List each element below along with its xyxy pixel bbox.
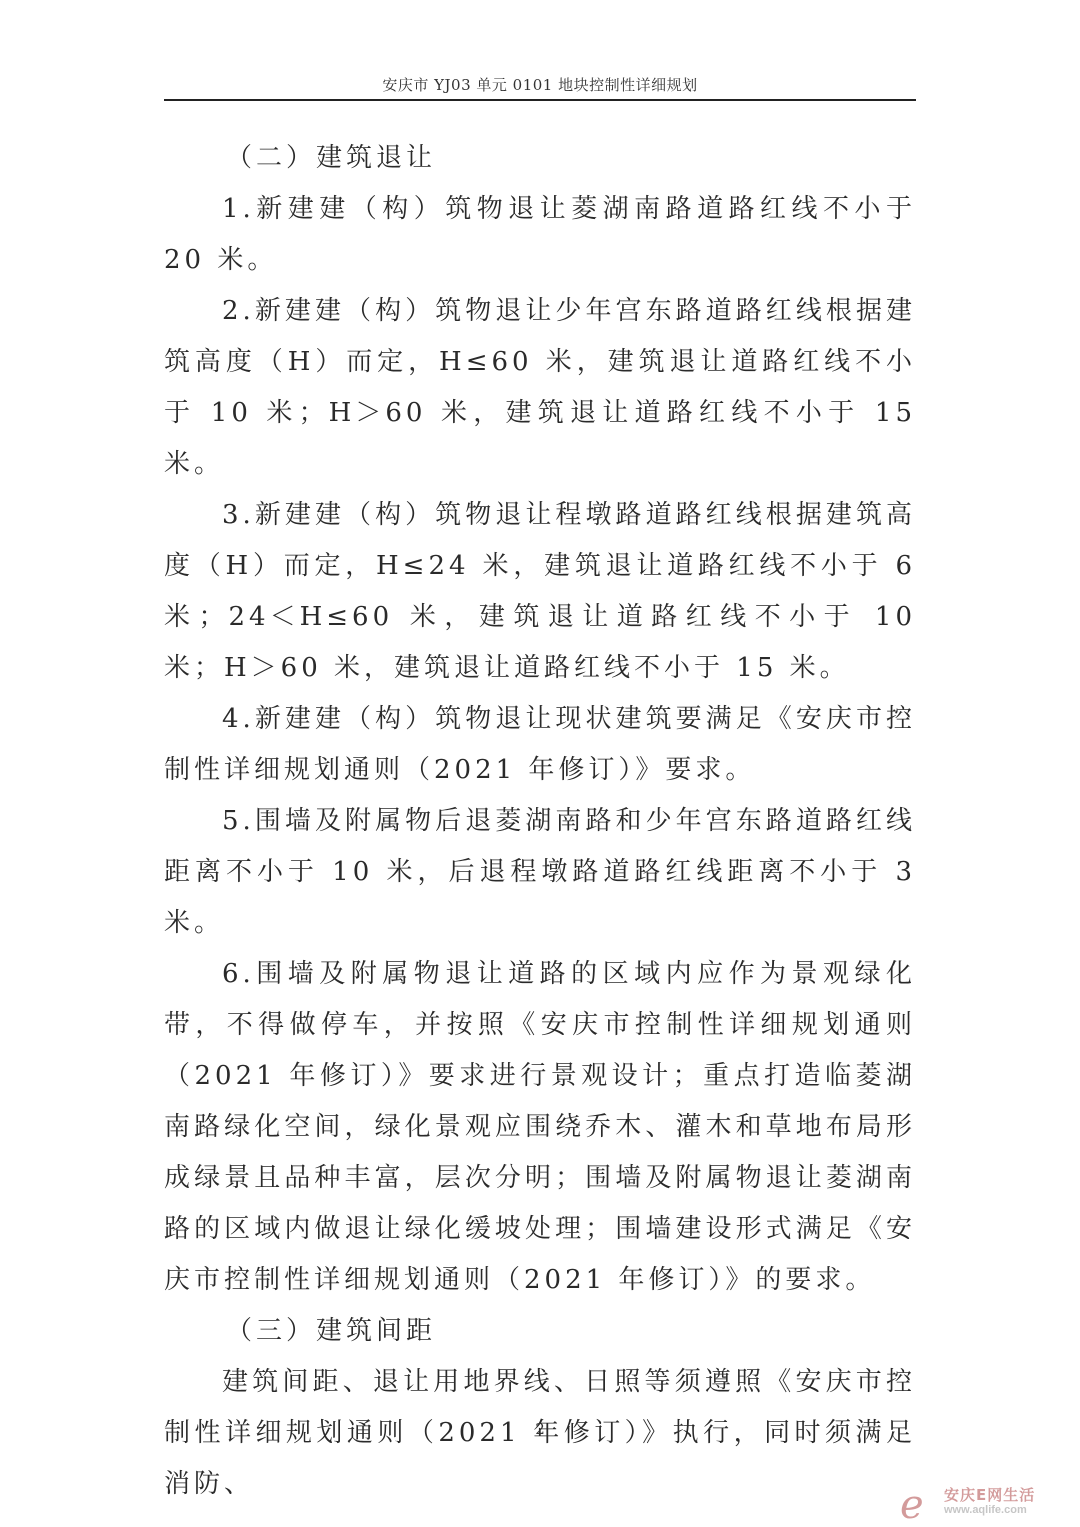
watermark-name: 安庆E网生活 — [944, 1484, 1035, 1505]
watermark-url: www.aqlife.com — [944, 1504, 1027, 1516]
section-heading-setback: （二）建筑退让 — [164, 133, 916, 184]
paragraph-item-2: 2.新建建（构）筑物退让少年宫东路道路红线根据建筑高度（H）而定，H≤60 米，… — [164, 286, 916, 490]
section-heading-spacing: （三）建筑间距 — [164, 1306, 916, 1357]
paragraph-item-4: 4.新建建（构）筑物退让现状建筑要满足《安庆市控制性详细规划通则（2021 年修… — [164, 694, 916, 796]
paragraph-item-5: 5.围墙及附属物后退菱湖南路和少年宫东路道路红线距离不小于 10 米，后退程墩路… — [164, 796, 916, 949]
document-body: （二）建筑退让 1.新建建（构）筑物退让菱湖南路道路红线不小于 20 米。 2.… — [164, 133, 916, 1510]
watermark-logo: e 安庆E网生活 www.aqlife.com — [900, 1478, 1070, 1522]
header-rule — [164, 99, 916, 101]
watermark-e-icon: e — [900, 1482, 924, 1527]
paragraph-item-3: 3.新建建（构）筑物退让程墩路道路红线根据建筑高度（H）而定，H≤24 米，建筑… — [164, 490, 916, 694]
page-number: 2 — [0, 1420, 1080, 1438]
running-header: 安庆市 YJ03 单元 0101 地块控制性详细规划 — [164, 74, 916, 95]
paragraph-item-6: 6.围墙及附属物退让道路的区域内应作为景观绿化带，不得做停车，并按照《安庆市控制… — [164, 949, 916, 1306]
paragraph-item-1: 1.新建建（构）筑物退让菱湖南路道路红线不小于 20 米。 — [164, 184, 916, 286]
